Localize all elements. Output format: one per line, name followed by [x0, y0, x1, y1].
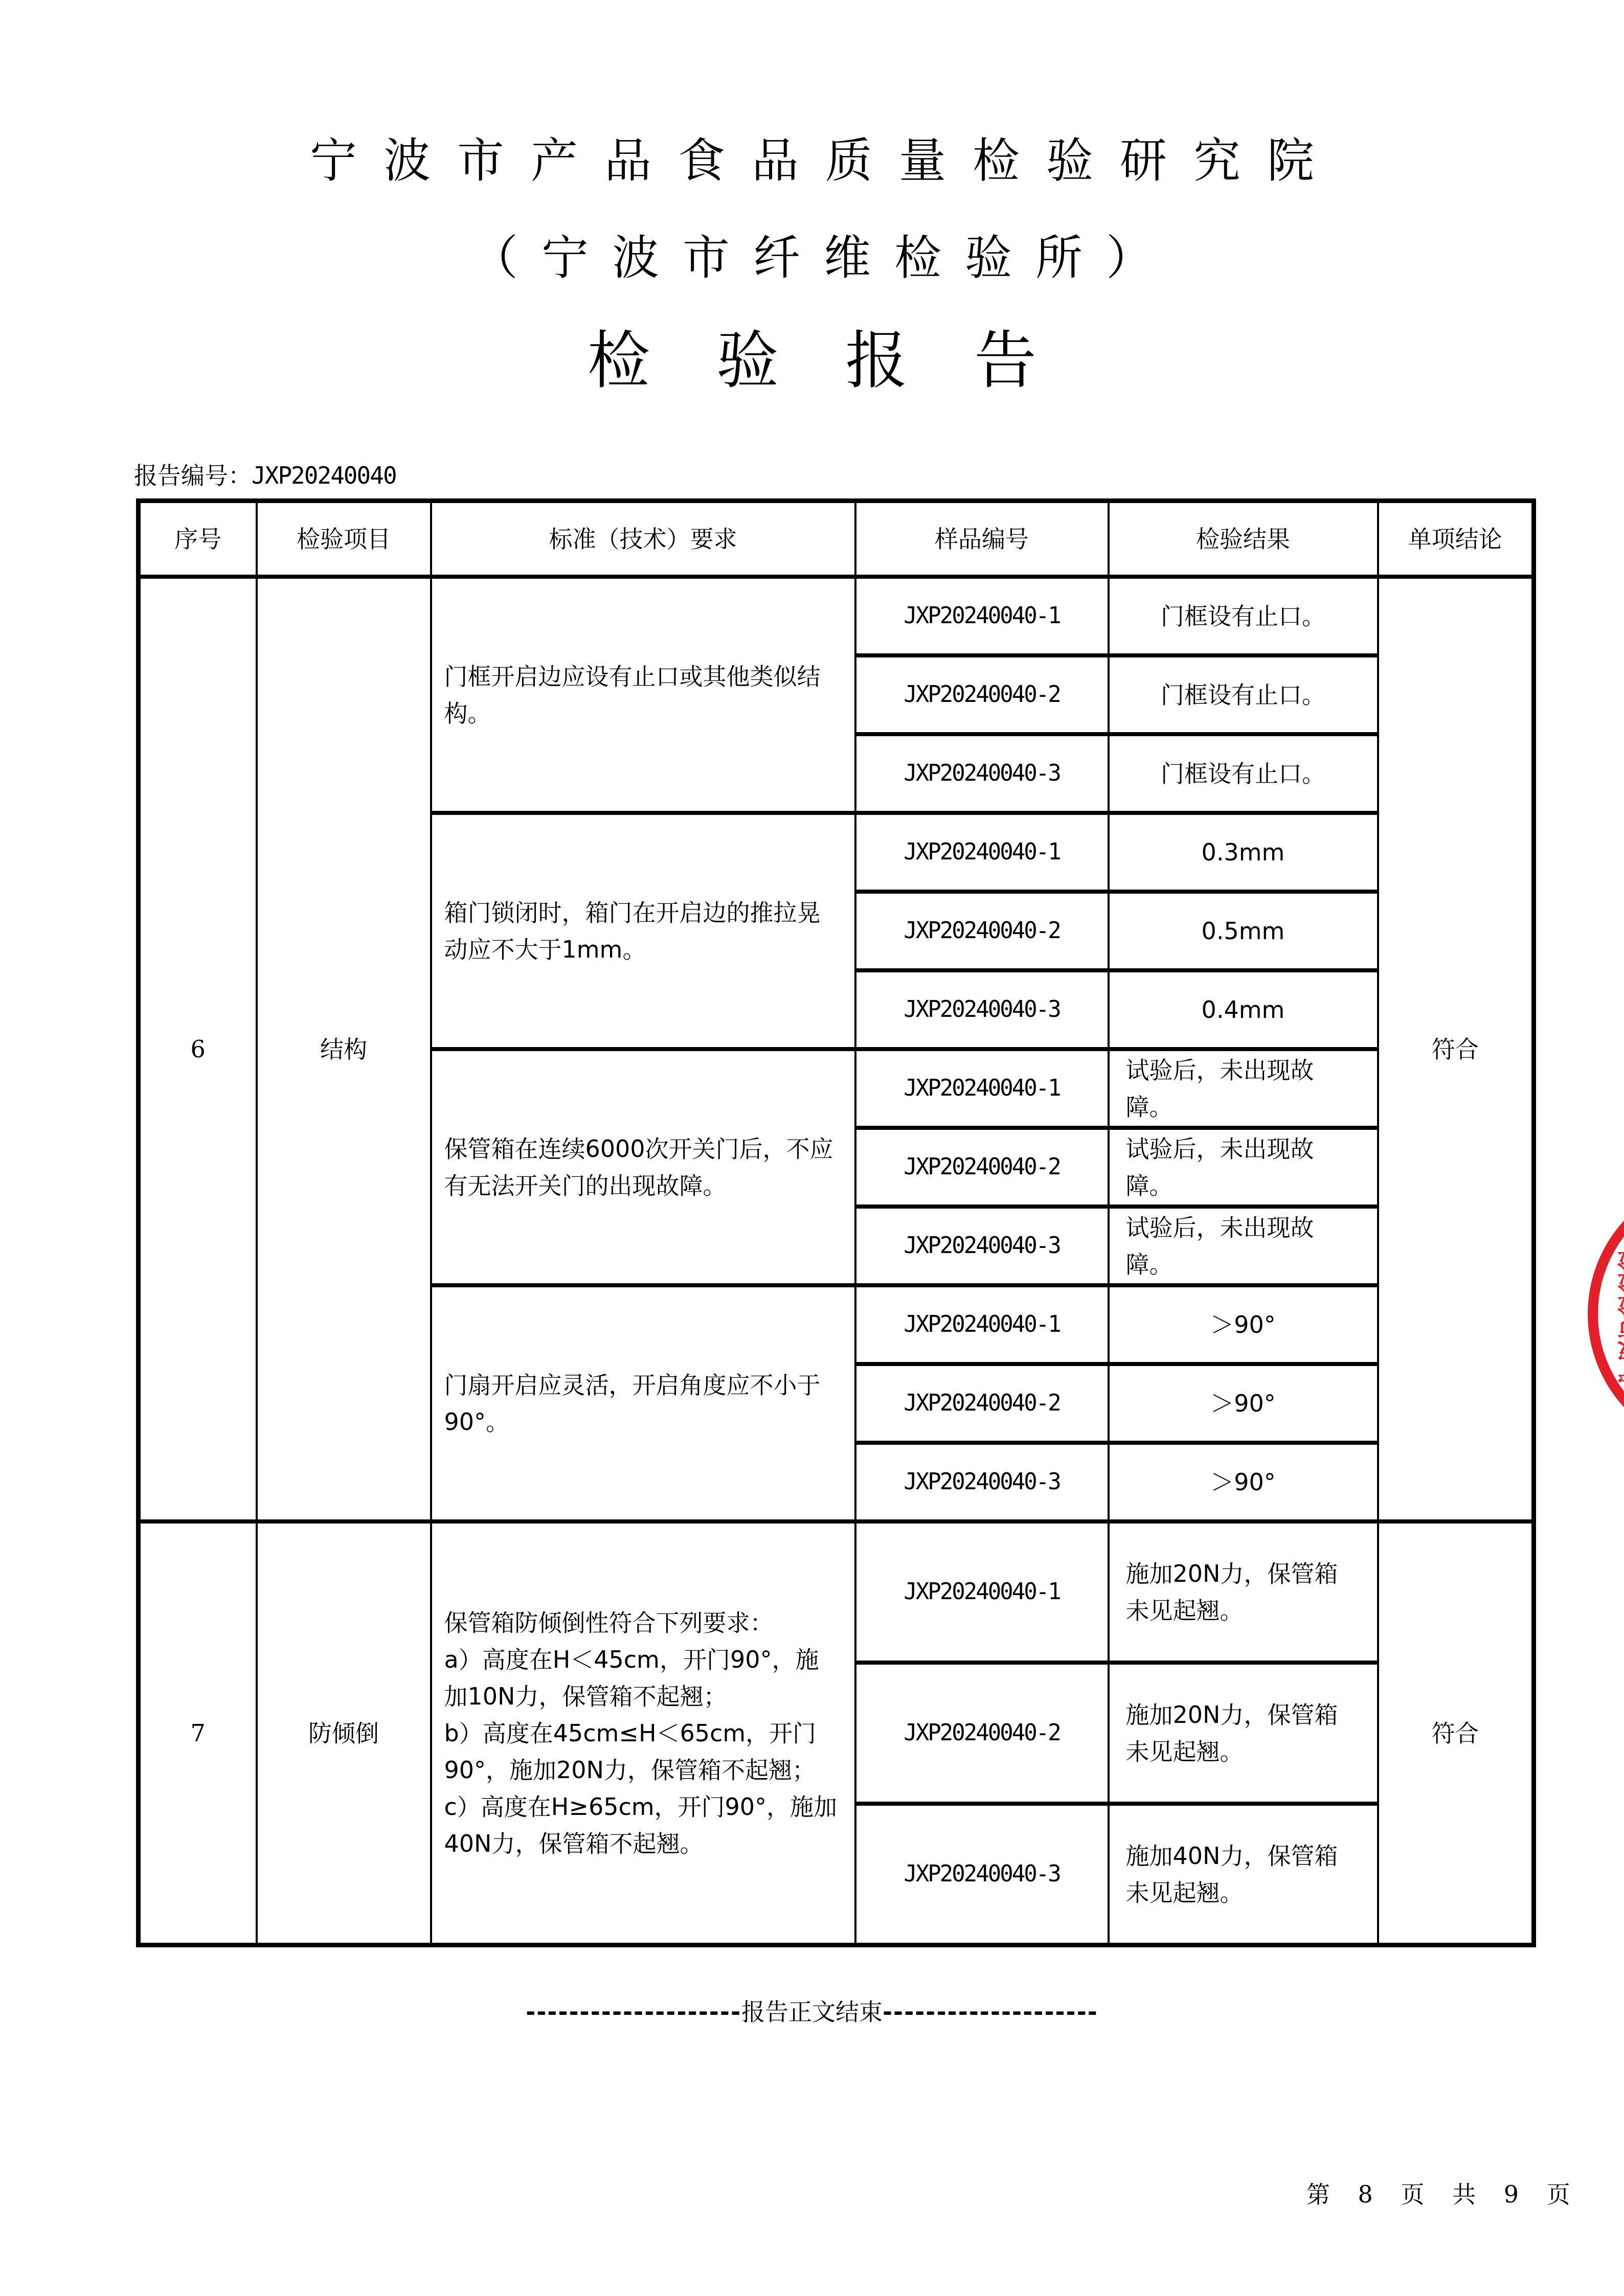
sample-result: 门框设有止口。	[1109, 655, 1378, 734]
report-end-marker: --------------------报告正文结束--------------…	[0, 1996, 1624, 2027]
official-seal-stamp: 宁波市检验检测专用章	[1588, 1176, 1624, 1452]
requirement-text: 门框开启边应设有止口或其他类似结构。	[431, 577, 855, 813]
table-row: 7 防倾倒 保管箱防倾倒性符合下列要求： a）高度在H＜45cm，开门90°，施…	[139, 1521, 1534, 1663]
sample-result: 试验后，未出现故障。	[1109, 1128, 1378, 1207]
requirement-text: 保管箱防倾倒性符合下列要求： a）高度在H＜45cm，开门90°，施加10N力，…	[431, 1521, 855, 1945]
sample-result: ＞90°	[1109, 1285, 1378, 1364]
sample-id: JXP20240040-2	[855, 655, 1109, 734]
sample-result: 0.4mm	[1109, 970, 1378, 1049]
col-header-item: 检验项目	[257, 501, 431, 577]
sample-result: 施加20N力，保管箱未见起翘。	[1109, 1521, 1378, 1663]
requirement-text: 箱门锁闭时，箱门在开启边的推拉晃动应不大于1mm。	[431, 813, 855, 1049]
col-header-sample-id: 样品编号	[855, 501, 1109, 577]
requirement-line: a）高度在H＜45cm，开门90°，施加10N力，保管箱不起翘；	[444, 1641, 842, 1715]
sample-id: JXP20240040-3	[855, 1207, 1109, 1285]
requirement-line: c）高度在H≥65cm，开门90°，施加40N力，保管箱不起翘。	[444, 1788, 842, 1862]
sample-id: JXP20240040-3	[855, 1443, 1109, 1521]
page-number: 第 8 页 共 9 页	[1306, 2179, 1581, 2210]
sample-id: JXP20240040-3	[855, 970, 1109, 1049]
sample-id: JXP20240040-3	[855, 734, 1109, 813]
sample-result: ＞90°	[1109, 1443, 1378, 1521]
report-end-text: 报告正文结束	[741, 1998, 883, 2026]
report-number-label: 报告编号：	[134, 462, 252, 489]
table-header-row: 序号 检验项目 标准（技术）要求 样品编号 检验结果 单项结论	[139, 501, 1534, 577]
dash-divider-left: --------------------	[526, 1998, 741, 2026]
sample-result: 试验后，未出现故障。	[1109, 1207, 1378, 1285]
sample-result: ＞90°	[1109, 1364, 1378, 1443]
institute-name: 宁波市产品食品质量检验研究院	[0, 130, 1624, 192]
sample-result: 施加20N力，保管箱未见起翘。	[1109, 1663, 1378, 1804]
row-conclusion: 符合	[1378, 1521, 1534, 1945]
row-no: 6	[139, 577, 257, 1521]
sample-id: JXP20240040-1	[855, 1521, 1109, 1663]
sample-id: JXP20240040-1	[855, 1049, 1109, 1128]
row-item: 防倾倒	[257, 1521, 431, 1945]
document-title: 检验报告	[0, 322, 1624, 399]
sample-id: JXP20240040-3	[855, 1804, 1109, 1945]
requirement-line: 保管箱防倾倒性符合下列要求：	[444, 1604, 842, 1641]
dash-divider-right: --------------------	[883, 1998, 1098, 2026]
sample-result: 门框设有止口。	[1109, 577, 1378, 655]
row-item: 结构	[257, 577, 431, 1521]
requirement-text: 门扇开启应灵活，开启角度应不小于90°。	[431, 1285, 855, 1521]
sub-institute-name: （宁波市纤维检验所）	[0, 228, 1624, 289]
col-header-conclusion: 单项结论	[1378, 501, 1534, 577]
sample-id: JXP20240040-1	[855, 813, 1109, 892]
sample-result: 0.5mm	[1109, 892, 1378, 970]
table-row: 6 结构 门框开启边应设有止口或其他类似结构。 JXP20240040-1 门框…	[139, 577, 1534, 655]
sample-result: 施加40N力，保管箱未见起翘。	[1109, 1804, 1378, 1945]
inspection-table: 序号 检验项目 标准（技术）要求 样品编号 检验结果 单项结论 6 结构 门框开…	[136, 498, 1536, 1947]
col-header-result: 检验结果	[1109, 501, 1378, 577]
col-header-no: 序号	[139, 501, 257, 577]
report-number-value: JXP20240040	[252, 462, 396, 489]
requirement-line: b）高度在45cm≤H＜65cm，开门90°，施加20N力，保管箱不起翘；	[444, 1715, 842, 1788]
sample-id: JXP20240040-2	[855, 1364, 1109, 1443]
sample-result: 0.3mm	[1109, 813, 1378, 892]
sample-id: JXP20240040-2	[855, 1663, 1109, 1804]
sample-id: JXP20240040-1	[855, 577, 1109, 655]
requirement-text: 保管箱在连续6000次开关门后，不应有无法开关门的出现故障。	[431, 1049, 855, 1285]
row-conclusion: 符合	[1378, 577, 1534, 1521]
row-no: 7	[139, 1521, 257, 1945]
sample-id: JXP20240040-1	[855, 1285, 1109, 1364]
sample-result: 试验后，未出现故障。	[1109, 1049, 1378, 1128]
sample-result: 门框设有止口。	[1109, 734, 1378, 813]
sample-id: JXP20240040-2	[855, 892, 1109, 970]
seal-text: 宁波市检验检测专用章	[1618, 1232, 1624, 1385]
inspection-table-container: 序号 检验项目 标准（技术）要求 样品编号 检验结果 单项结论 6 结构 门框开…	[136, 498, 1536, 1947]
report-number: 报告编号：JXP20240040	[134, 460, 396, 491]
sample-id: JXP20240040-2	[855, 1128, 1109, 1207]
col-header-requirement: 标准（技术）要求	[431, 501, 855, 577]
